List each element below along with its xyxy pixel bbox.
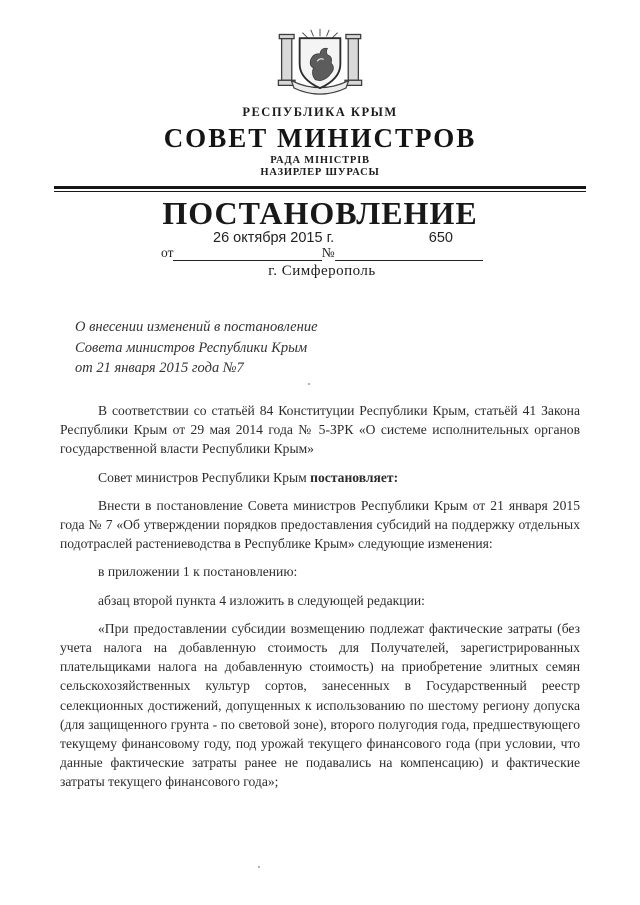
- crimea-coat-of-arms-icon: [272, 28, 368, 102]
- document-page: РЕСПУБЛИКА КРЫМ СОВЕТ МИНИСТРОВ РАДА МІН…: [0, 0, 640, 905]
- emblem-container: [0, 28, 640, 102]
- subject-line-3: от 21 января 2015 года №7: [75, 358, 640, 379]
- paragraph-clause-reference: абзац второй пункта 4 изложить в следующ…: [60, 591, 580, 610]
- paragraph-legal-basis: В соответствии со статьёй 84 Конституции…: [60, 401, 580, 459]
- subject-line-2: Совета министров Республики Крым: [75, 338, 640, 359]
- resolves-keyword: постановляет:: [310, 470, 398, 485]
- letterhead: РЕСПУБЛИКА КРЫМ СОВЕТ МИНИСТРОВ РАДА МІН…: [0, 0, 640, 192]
- paragraph-amendment-intro: Внести в постановление Совета министров …: [60, 496, 580, 554]
- resolves-prefix: Совет министров Республики Крым: [98, 470, 310, 485]
- document-date: 26 октября 2015 г.: [213, 230, 334, 246]
- letterhead-divider: [54, 186, 586, 192]
- paragraph-resolves: Совет министров Республики Крым постанов…: [60, 468, 580, 487]
- republic-name: РЕСПУБЛИКА КРЫМ: [0, 105, 640, 120]
- document-number: 650: [429, 230, 453, 246]
- document-subject: О внесении изменений в постановление Сов…: [75, 317, 640, 379]
- scan-artifact-dot: [258, 866, 260, 868]
- org-name-ukrainian: РАДА МІНІСТРІВ: [0, 155, 640, 167]
- document-type-title: ПОСТАНОВЛЕНИЕ: [0, 197, 640, 229]
- scan-artifact-dot: [308, 383, 310, 385]
- number-sign: №: [322, 245, 335, 261]
- date-blank-line: [173, 260, 321, 261]
- paragraph-annex-reference: в приложении 1 к постановлению:: [60, 562, 580, 581]
- number-blank-line: [335, 260, 483, 261]
- paragraph-new-wording: «При предоставлении субсидии возмещению …: [60, 619, 580, 792]
- org-name-russian: СОВЕТ МИНИСТРОВ: [0, 124, 640, 152]
- from-label: от: [161, 245, 173, 261]
- city-name: г. Симферополь: [161, 263, 483, 280]
- from-number-line: от №: [161, 246, 483, 261]
- requisites-block: 26 октября 2015 г. 650 от № г. Симферопо…: [161, 229, 483, 280]
- org-name-crimean-tatar: НАЗИРЛЕР ШУРАСЫ: [0, 167, 640, 179]
- document-body: В соответствии со статьёй 84 Конституции…: [0, 401, 640, 792]
- subject-line-1: О внесении изменений в постановление: [75, 317, 640, 338]
- date-number-row: 26 октября 2015 г. 650: [161, 229, 483, 246]
